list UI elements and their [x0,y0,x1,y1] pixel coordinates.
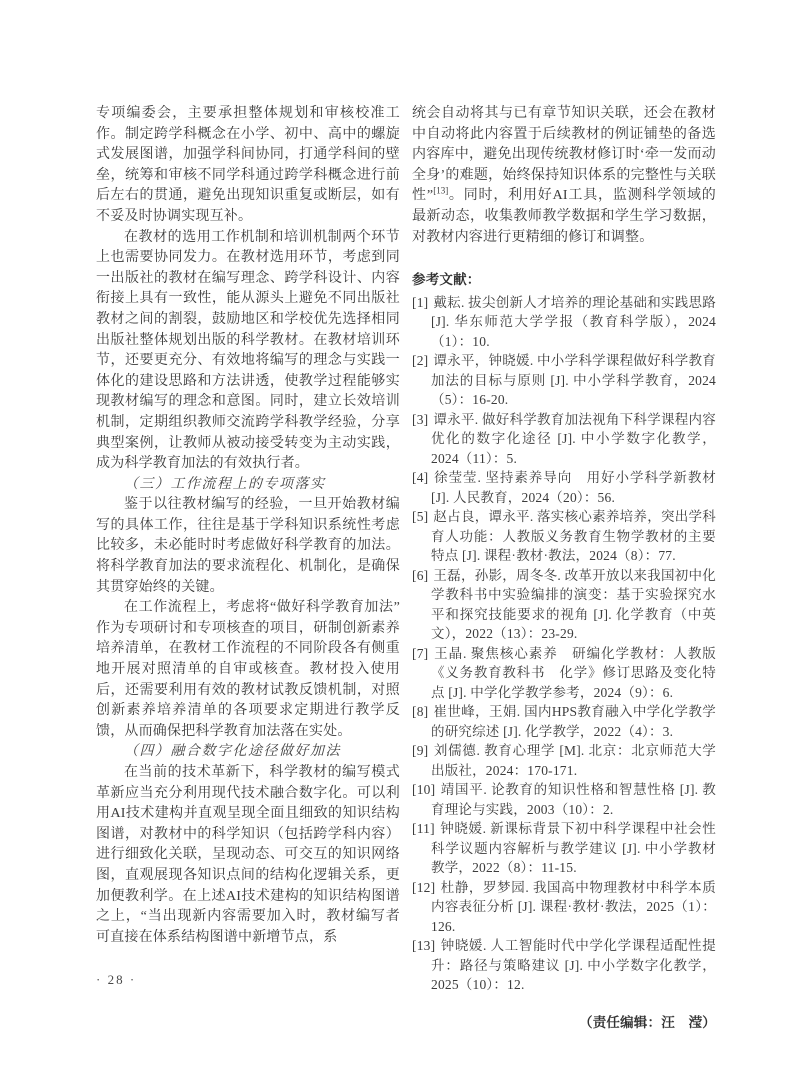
reference-label: [8] [412,704,428,719]
reference-label: [5] [412,509,428,524]
reference-label: [1] [412,295,428,310]
reference-text: 谭永平. 做好科学教育加法视角下科学课程内容优化的数字化途径 [J]. 中小学数… [431,412,716,466]
reference-label: [6] [412,568,428,583]
reference-text: 刘儒德. 教育心理学 [M]. 北京：北京师范大学出版社，2024：170-17… [431,743,716,778]
reference-text: 崔世峰，王娟. 国内HPS教育融入中学化学教学的研究综述 [J]. 化学教学，2… [431,704,716,739]
reference-item: [4]徐莹莹. 坚持素养导向 用好小学科学新教材 [J]. 人民教育，2024（… [412,468,716,507]
reference-item: [13]钟晓媛. 人工智能时代中学化学课程适配性提升：路径与策略建议 [J]. … [412,936,716,995]
paragraph-text: 。同时，利用好AI工具，监测科学领域的最新动态，收集教师教学数据和学生学习数据，… [412,188,716,244]
reference-item: [11]钟晓媛. 新课标背景下初中科学课程中社会性科学议题内容解析与教学建议 [… [412,819,716,878]
reference-text: 王晶. 聚焦核心素养 研编化学教材：人教版《义务教育教科书 化学》修订思路及变化… [431,646,716,700]
reference-item: [6]王磊，孙影，周冬冬. 改革开放以来我国初中化学教科书中实验编排的演变：基于… [412,566,716,644]
reference-text: 钟晓媛. 新课标背景下初中科学课程中社会性科学议题内容解析与教学建议 [J]. … [431,821,716,875]
reference-label: [12] [412,880,435,895]
page-number: · 28 · [96,972,136,988]
reference-text: 靖国平. 论教育的知识性格和智慧性格 [J]. 教育理论与实践，2003（10）… [431,782,716,817]
body-paragraph: 在当前的技术革新下，科学教材的编写模式革新应当充分利用现代技术融合数字化。可以利… [96,763,400,948]
left-column: 专项编委会，主要承担整体规划和审核校准工作。制定跨学科概念在小学、初中、高中的螺… [96,104,400,948]
reference-label: [7] [412,646,428,661]
body-paragraph: 专项编委会，主要承担整体规划和审核校准工作。制定跨学科概念在小学、初中、高中的螺… [96,104,400,228]
reference-label: [2] [412,353,428,368]
reference-item: [1]戴耘. 拔尖创新人才培养的理论基础和实践思路 [J]. 华东师范大学学报（… [412,293,716,352]
right-column: 统会自动将其与已有章节知识关联，还会在教材中自动将此内容置于后续教材的例证铺垫的… [412,104,716,1047]
reference-item: [5]赵占良，谭永平. 落实核心素养培养，突出学科育人功能：人教版义务教育生物学… [412,507,716,566]
references-list: [1]戴耘. 拔尖创新人才培养的理论基础和实践思路 [J]. 华东师范大学学报（… [412,293,716,995]
reference-label: [4] [412,470,428,485]
section-heading: （三）工作流程上的专项落实 [96,475,400,496]
reference-text: 钟晓媛. 人工智能时代中学化学课程适配性提升：路径与策略建议 [J]. 中小学数… [431,938,716,992]
references-heading: 参考文献： [412,270,716,291]
editor-note: （责任编辑：汪 滢） [412,1013,716,1034]
reference-text: 杜静，罗梦园. 我国高中物理教材中科学本质内容表征分析 [J]. 课程·教材·教… [431,880,716,934]
reference-item: [2]谭永平，钟晓媛. 中小学科学课程做好科学教育加法的目标与原则 [J]. 中… [412,351,716,410]
citation-superscript: [13] [433,186,448,196]
reference-item: [10]靖国平. 论教育的知识性格和智慧性格 [J]. 教育理论与实践，2003… [412,780,716,819]
reference-label: [10] [412,782,435,797]
reference-item: [7]王晶. 聚焦核心素养 研编化学教材：人教版《义务教育教科书 化学》修订思路… [412,644,716,703]
reference-item: [8]崔世峰，王娟. 国内HPS教育融入中学化学教学的研究综述 [J]. 化学教… [412,702,716,741]
body-paragraph: 在教材的选用工作机制和培训机制两个环节上也需要协同发力。在教材选用环节，考虑到同… [96,228,400,475]
journal-page: 专项编委会，主要承担整体规划和审核校准工作。制定跨学科概念在小学、初中、高中的螺… [0,0,800,1077]
reference-label: [13] [412,938,435,953]
reference-text: 赵占良，谭永平. 落实核心素养培养，突出学科育人功能：人教版义务教育生物学教材的… [431,509,716,563]
body-paragraph: 在工作流程上，考虑将“做好科学教育加法”作为专项研讨和专项核查的项目，研制创新素… [96,598,400,742]
body-paragraph: 鉴于以往教材编写的经验，一旦开始教材编写的具体工作，往往是基于学科知识系统性考虑… [96,495,400,598]
reference-text: 戴耘. 拔尖创新人才培养的理论基础和实践思路 [J]. 华东师范大学学报（教育科… [431,295,716,349]
reference-label: [11] [412,821,435,836]
reference-label: [9] [412,743,428,758]
reference-text: 徐莹莹. 坚持素养导向 用好小学科学新教材 [J]. 人民教育，2024（20）… [431,470,716,505]
reference-label: [3] [412,412,428,427]
reference-text: 王磊，孙影，周冬冬. 改革开放以来我国初中化学教科书中实验编排的演变：基于实验探… [431,568,716,642]
reference-item: [9]刘儒德. 教育心理学 [M]. 北京：北京师范大学出版社，2024：170… [412,741,716,780]
reference-item: [3]谭永平. 做好科学教育加法视角下科学课程内容优化的数字化途径 [J]. 中… [412,410,716,469]
reference-item: [12]杜静，罗梦园. 我国高中物理教材中科学本质内容表征分析 [J]. 课程·… [412,878,716,937]
section-heading: （四）融合数字化途径做好加法 [96,742,400,763]
body-paragraph: 统会自动将其与已有章节知识关联，还会在教材中自动将此内容置于后续教材的例证铺垫的… [412,104,716,248]
reference-text: 谭永平，钟晓媛. 中小学科学课程做好科学教育加法的目标与原则 [J]. 中小学科… [431,353,716,407]
